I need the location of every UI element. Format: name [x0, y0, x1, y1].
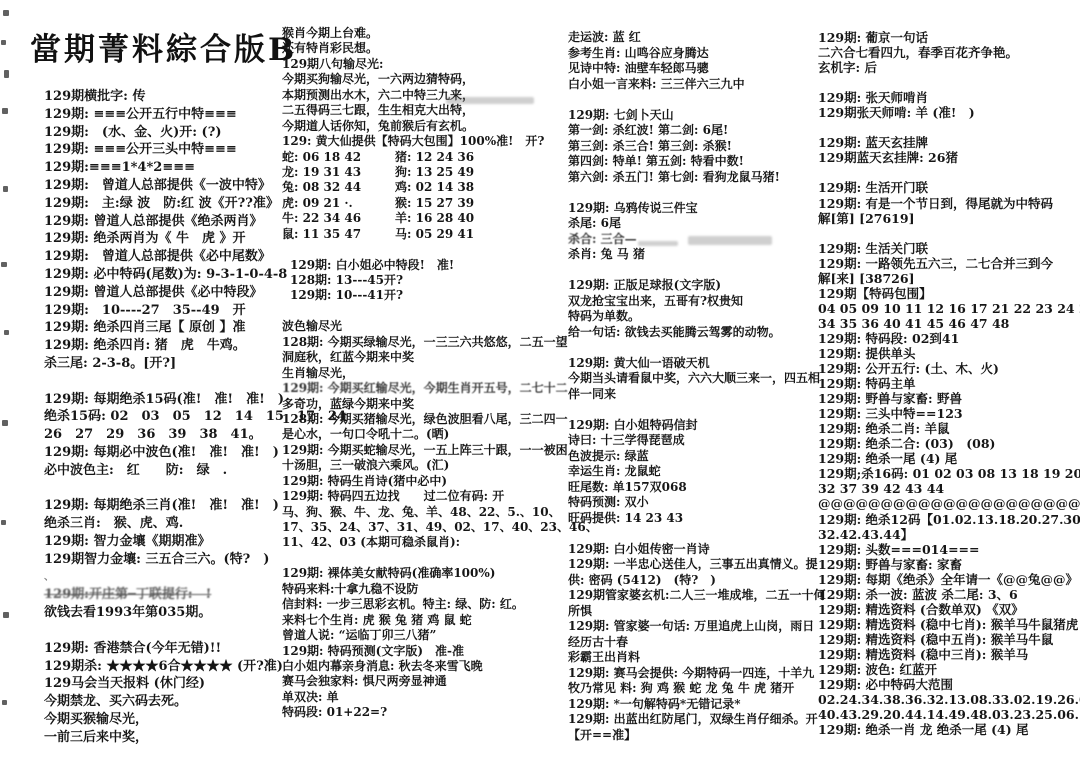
- text-line: 是心水，一句口令吼十二。(晒): [282, 427, 534, 442]
- text-line: 今期禁龙、买六码去死。: [44, 693, 284, 711]
- text-line: 128期: 13---45开?: [282, 273, 534, 288]
- text-line: 129期【特码包围】: [818, 286, 1076, 301]
- text-line: 129期: 主:绿 波 防:红 波《开??准》: [44, 195, 284, 213]
- text-line: 蛇: 06 18 42猪: 12 24 36: [282, 150, 534, 165]
- text-line: 129期: 白小姐特码信封: [568, 418, 814, 434]
- line-gap: [282, 242, 534, 257]
- zodiac-numbers-left: 龙: 19 31 43: [282, 165, 395, 180]
- zodiac-numbers-right: 羊: 16 28 40: [395, 211, 474, 225]
- text-line: 129期: *一句解特码*无错记录*: [568, 697, 814, 713]
- text-line: 波色输尽光: [282, 319, 534, 334]
- text-line: 129期: 10---41开?: [282, 288, 534, 303]
- text-line: 玄机字: 后: [818, 60, 1076, 75]
- text-line: 04 05 09 10 11 12 16 17 21 22 23 24 28 2…: [818, 301, 1076, 316]
- text-line: 129期: 正版足球报(文字版): [568, 278, 814, 294]
- text-line: 129期: 公开五行: (土、木、火): [818, 361, 1076, 376]
- text-line: 彩霸王出肖料: [568, 650, 814, 666]
- ink-smudge: [638, 241, 678, 246]
- scan-speck: [1, 520, 6, 525]
- text-line: 129期: 提供单头: [818, 346, 1076, 361]
- zodiac-numbers-right: 狗: 13 25 49: [395, 165, 474, 179]
- scan-speck: [3, 10, 9, 16]
- text-line: 129期: 绝杀二合: (03) (08): [818, 436, 1076, 451]
- scan-speck: [4, 330, 9, 335]
- text-line: 129期: 每期绝杀15码(准! 准! 准! ): [44, 391, 284, 409]
- text-line: 34 35 36 40 41 45 46 47 48: [818, 316, 1076, 331]
- zodiac-numbers-right: 马: 05 29 41: [395, 227, 474, 241]
- text-line: 旺码提供: 14 23 43: [568, 511, 814, 527]
- text-line: 杀肖: 兔 马 猪: [568, 247, 814, 263]
- line-gap: [568, 526, 814, 542]
- text-line: 129期: 一半忠心送佳人，三事五出真情义。提: [568, 557, 814, 573]
- text-line: 129期: 绝杀12码【01.02.13.18.20.27.30.31: [818, 512, 1076, 527]
- text-line: 牧乃常见 料: 狗 鸡 猴 蛇 龙 兔 牛 虎 猪开: [568, 681, 814, 697]
- page-title: 當期菁料綜合版B: [30, 24, 297, 69]
- text-line: 129期管家婆玄机:二人三一堆成堆，二五一十何: [568, 588, 814, 604]
- text-line: 129期: 特码预测(文字版) 准-准: [282, 644, 534, 659]
- text-line: 来料七个生肖: 虎 猴 兔 猪 鸡 鼠 蛇: [282, 613, 534, 628]
- text-line: 129期: 绝杀四肖: 猪 虎 牛鸡。: [44, 337, 284, 355]
- text-line: 129期: 出蓝出红防尾门，双绿生肖仔细杀。开: [568, 712, 814, 728]
- text-line: 129期: ≡≡≡公开三头中特≡≡≡: [44, 141, 284, 159]
- text-line: 128期: 今期买绿输尽光，一三三六共悠悠，二五一望: [282, 335, 534, 350]
- text-line: 特码来料:十拿九稳不设防: [282, 582, 534, 597]
- text-line: 伴一同来: [568, 387, 814, 403]
- text-line: 解[来] [38726]: [818, 271, 1076, 286]
- text-line: 129期: 三头中特==123: [818, 406, 1076, 421]
- text-line: 第三剑: 杀三合! 第三剑: 杀猴!: [568, 139, 814, 155]
- text-line: @@@@@@@@@@@@@@@@@@@@@: [818, 496, 1076, 511]
- text-line: 129期: 赛马会提供: 今期特码一四连，十羊九: [568, 666, 814, 682]
- scan-speck: [2, 108, 8, 114]
- text-line: 129期: 每期绝杀三肖(准! 准! 准! ): [44, 497, 284, 515]
- text-line: 129期: 管家婆一句话: 万里追虎上山岗，雨日: [568, 619, 814, 635]
- text-line: 走运波: 蓝 红: [568, 30, 814, 46]
- text-line: 曾道人说: “运临丁卯三八猪”: [282, 628, 534, 643]
- text-line: 129期: 精选资料 (稳中五肖): 猴羊马牛鼠: [818, 632, 1076, 647]
- text-line: 129期杀: ★★★★6合★★★★ (开?准): [44, 658, 284, 676]
- text-line: 129期: 曾道人总部提供《必中特段》: [44, 284, 284, 302]
- text-line: 129期: 白小姐传密一肖诗: [568, 542, 814, 558]
- text-line: 单双决: 单: [282, 690, 534, 705]
- text-line: 今期道人话你知，兔前猴后有玄机。: [282, 119, 534, 134]
- text-line: 129期: 每期必中波色(准! 准! 准! ): [44, 444, 284, 462]
- text-line: 生肖输尽光，: [282, 366, 534, 381]
- zodiac-numbers-left: 鼠: 11 35 47: [282, 227, 395, 242]
- text-line: 129期八句输尽光:: [282, 57, 534, 72]
- line-gap: [818, 165, 1076, 180]
- scan-speck: [3, 186, 8, 192]
- ink-smudge: [688, 236, 772, 245]
- text-line: 129期: 波色: 红蓝开: [818, 662, 1076, 677]
- text-line: 特码为单数。: [568, 309, 814, 325]
- text-line: 色波提示: 绿蓝: [568, 449, 814, 465]
- text-line: 129期: 一路领先五六三，二七合并三到今: [818, 256, 1076, 271]
- text-line: 欲钱去看1993年第035期。: [44, 604, 284, 622]
- text-line: 40.43.29.20.44.14.49.48.03.23.25.06.10: [818, 707, 1076, 722]
- text-line: 129期蓝天玄挂牌: 26猪: [818, 150, 1076, 165]
- text-line: 129期: 绝杀二肖: 羊鼠: [818, 421, 1076, 436]
- text-line: 02.24.34.38.36.32.13.08.33.02.19.26.01.: [818, 692, 1076, 707]
- line-gap: [44, 480, 284, 498]
- text-line: 特码预测: 双小: [568, 495, 814, 511]
- text-line: 杀三尾: 2-3-8。[开?]: [44, 355, 284, 373]
- text-line: 虎: 09 21 ·.猴: 15 27 39: [282, 196, 534, 211]
- text-line: 绝杀15码: 02 03 05 12 14 15 17 24: [44, 408, 284, 426]
- line-gap: [818, 226, 1076, 241]
- text-line: 129期: 绝杀一尾 (4) 尾: [818, 451, 1076, 466]
- text-line: 经历古十春: [568, 635, 814, 651]
- ink-smudge: [446, 97, 534, 104]
- text-line: 129期: 今期买红输尽光，今期生肖开五号，二七十二: [282, 381, 534, 396]
- text-line: 17、35、24、37、31、49、02、17、40、23、46、: [282, 520, 534, 535]
- scan-speck: [1, 40, 6, 45]
- scan-speck: [2, 420, 8, 426]
- text-line: 洞庭秋，红蓝今期来中奖: [282, 350, 534, 365]
- column-3: 走运波: 蓝 红参考生肖: 山鸣谷应身腾达见诗中特: 油壁车轻郎马骢白小姐一言来…: [568, 30, 814, 743]
- text-line: 32.42.43.44】: [818, 527, 1076, 542]
- text-line: 129期: 特码主单: [818, 376, 1076, 391]
- line-gap: [568, 402, 814, 418]
- text-line: 多奇功，蓝绿今期来中奖: [282, 397, 534, 412]
- text-line: 129期: 曾道人总部提供《绝杀两肖》: [44, 213, 284, 231]
- text-line: 第四剑: 特单! 第五剑: 特看中数!: [568, 154, 814, 170]
- column-2: 猴肖今期上台难。还有特肖彩民想。129期八句输尽光:今期买狗输尽光，一六两边猜特…: [282, 26, 534, 721]
- text-line: 128期: 今期买猪输尽光，绿色波胆看八尾，三二四一: [282, 412, 534, 427]
- text-line: 129期: 白小姐必中特段! 准!: [282, 258, 534, 273]
- text-line: 杀尾: 6尾: [568, 216, 814, 232]
- text-line: 129期: 精选资料 (合数单双) 《双》: [818, 602, 1076, 617]
- text-line: 特码段: 01+22=?: [282, 705, 534, 720]
- text-line: 所惧: [568, 604, 814, 620]
- text-line: 今期当头请看鼠中奖，六六大顺三来一，四五相: [568, 371, 814, 387]
- text-line: 129期: 精选资料 (稳中七肖): 猴羊马牛鼠猪虎: [818, 617, 1076, 632]
- column-4: 129期: 葡京一句话二六合七看四九，春季百花齐争艳。玄机字: 后 129期: …: [818, 30, 1076, 737]
- text-line: 129期: 有是一个节日到，得尾就为中特码: [818, 196, 1076, 211]
- text-line: 129期: 绝杀两肖为《 牛 虎 》开: [44, 230, 284, 248]
- text-line: 必中波色主: 红 防: 绿 .: [44, 462, 284, 480]
- line-gap: [568, 92, 814, 108]
- line-gap: [282, 551, 534, 566]
- line-gap: [282, 304, 534, 319]
- text-line: 129期: 智力金壤《期期准》: [44, 533, 284, 551]
- text-line: 129期: 野兽与家畜: 家畜: [818, 557, 1076, 572]
- text-line: 马、狗、猴、牛、龙、兔、羊、48、22、5.、10、: [282, 505, 534, 520]
- text-line: 129期: 头数===014===: [818, 542, 1076, 557]
- text-line: 129期;杀16码: 01 02 03 08 13 18 19 20 27 30…: [818, 466, 1076, 481]
- tip-sheet-page: 當期菁料綜合版B 129期横批字: 传129期: ≡≡≡公开五行中特≡≡≡129…: [0, 0, 1080, 764]
- text-line: 【开==准】: [568, 728, 814, 744]
- zodiac-numbers-right: 猪: 12 24 36: [395, 150, 474, 164]
- text-line: 龙: 19 31 43狗: 13 25 49: [282, 165, 534, 180]
- scan-speck: [3, 612, 9, 618]
- text-line: 129期: 杀一波: 蓝波 杀二尾: 3、6: [818, 587, 1076, 602]
- text-line: 129期: 七剑卜天山: [568, 108, 814, 124]
- text-line: 129期横批字: 传: [44, 88, 284, 106]
- text-line: 129期: 特码段: 02到41: [818, 331, 1076, 346]
- text-line: 129期: 曾道人总部提供《必中尾数》: [44, 248, 284, 266]
- scan-speck: [4, 70, 9, 78]
- text-line: 参考生肖: 山鸣谷应身腾达: [568, 46, 814, 62]
- text-line: 诗曰: 十三学得琵琶成: [568, 433, 814, 449]
- text-line: 129期:开庄第─丁联提行: !: [44, 586, 285, 604]
- text-line: 129期: 精选资料 (稳中三肖): 猴羊马: [818, 647, 1076, 662]
- line-gap: [818, 75, 1076, 90]
- line-gap: [568, 263, 814, 279]
- scan-speck: [2, 700, 7, 705]
- zodiac-numbers-right: 猴: 15 27 39: [395, 196, 474, 210]
- text-line: 第六剑: 杀五门! 第七剑: 看狗龙鼠马猪!: [568, 170, 814, 186]
- zodiac-numbers-right: 鸡: 02 14 38: [395, 180, 474, 194]
- text-line: 129: 黄大仙提供【特码大包围】100%准! 开?: [282, 134, 534, 149]
- text-line: 129期: (水、金、火)开: (?): [44, 124, 284, 142]
- text-line: 白小姐内幕亲身消息: 秋去冬来雪飞晚: [282, 659, 534, 674]
- text-line: 129马会当天报料 (休门经): [44, 675, 284, 693]
- text-line: 鼠: 11 35 47马: 05 29 41: [282, 227, 534, 242]
- text-line: 129期: 特码生肖诗(猪中必中): [282, 474, 534, 489]
- text-line: 129期张天师啃: 羊 (准! ): [818, 105, 1076, 120]
- line-gap: [44, 622, 284, 640]
- text-line: 129期: 今期买蛇输尽光，一五上阵三十跟，一一被困: [282, 443, 534, 458]
- text-line: 129期:≡≡≡1*4*2≡≡≡: [44, 159, 284, 177]
- text-line: 129期: 必中特码大范围: [818, 677, 1076, 692]
- text-line: 今期买猴输尽光，: [44, 711, 284, 729]
- text-line: 11、42、03 (本期可稳杀鼠肖):: [282, 535, 534, 550]
- text-line: 129期: 绝杀四肖三尾【 原创 】准: [44, 319, 284, 337]
- text-line: 见诗中特: 油壁车轻郎马骢: [568, 61, 814, 77]
- text-line: 26 27 29 36 39 38 41。: [44, 426, 284, 444]
- text-line: 32 37 39 42 43 44: [818, 481, 1076, 496]
- line-gap: [818, 120, 1076, 135]
- text-line: 第一剑: 杀红波! 第二剑: 6尾!: [568, 123, 814, 139]
- zodiac-numbers-left: 蛇: 06 18 42: [282, 150, 395, 165]
- text-line: 双龙抢宝宝出来，五哥有?权贵知: [568, 294, 814, 310]
- text-line: 二六合七看四九，春季百花齐争艳。: [818, 45, 1076, 60]
- text-line: 牛: 22 34 46羊: 16 28 40: [282, 211, 534, 226]
- text-line: 二五得码三七跟，生生相克大出特，: [282, 103, 534, 118]
- line-gap: [568, 340, 814, 356]
- text-line: 129期: 每期《绝杀》全年请一《@@兔@@》: [818, 572, 1076, 587]
- text-line: 白小姐一言来料: 三三伴六三九中: [568, 77, 814, 93]
- text-line: 129期: 野兽与家畜: 野兽: [818, 391, 1076, 406]
- text-line: 幸运生肖: 龙鼠蛇: [568, 464, 814, 480]
- text-line: 129期: 曾道人总部提供《一波中特》: [44, 177, 284, 195]
- text-line: 129期: 蓝天玄挂牌: [818, 135, 1076, 150]
- text-line: 129期: 黄大仙一语破天机: [568, 356, 814, 372]
- text-line: 供: 密码 (5412) (特? ): [568, 573, 814, 589]
- text-line: 、: [44, 569, 284, 587]
- text-line: 129期: 10----27 35--49 开: [44, 302, 284, 320]
- text-line: 兔: 08 32 44鸡: 02 14 38: [282, 180, 534, 195]
- text-line: 129期: 生活关门联: [818, 241, 1076, 256]
- line-gap: [568, 185, 814, 201]
- text-line: 129期: 绝杀一肖 龙 绝杀一尾 (4) 尾: [818, 722, 1076, 737]
- zodiac-numbers-left: 虎: 09 21 ·.: [282, 196, 395, 211]
- zodiac-numbers-left: 牛: 22 34 46: [282, 211, 395, 226]
- text-line: 绝杀三肖: 猴、虎、鸡.: [44, 515, 284, 533]
- text-line: 给一句话: 欲钱去买能腾云驾雾的动物。: [568, 325, 814, 341]
- text-line: 129期: 特码四五边找 过二位有码: 开: [282, 489, 534, 504]
- text-line: 129期: 生活开门联: [818, 180, 1076, 195]
- text-line: 129期: 葡京一句话: [818, 30, 1076, 45]
- text-line: 129期: 张天师啃肖: [818, 90, 1076, 105]
- text-line: 解[第] [27619]: [818, 211, 1076, 226]
- text-line: 129期: 香港禁合(今年无错)!!: [44, 640, 284, 658]
- scan-speck: [1, 262, 7, 267]
- text-line: 信封料: 一步三思彩玄机。特主: 绿、防: 红。: [282, 597, 534, 612]
- zodiac-numbers-left: 兔: 08 32 44: [282, 180, 395, 195]
- column-1: 129期横批字: 传129期: ≡≡≡公开五行中特≡≡≡129期: (水、金、火…: [44, 88, 284, 746]
- text-line: 一前三后来中奖，: [44, 729, 284, 747]
- line-gap: [44, 373, 284, 391]
- text-line: 129期智力金壤: 三五合三六。(特? ): [44, 551, 284, 569]
- text-line: 129期: 必中特码(尾数)为: 9-3-1-0-4-8: [44, 266, 284, 284]
- text-line: 129期: 裸体美女献特码(准确率100%): [282, 566, 534, 581]
- text-line: 旺尾数: 单157双068: [568, 480, 814, 496]
- text-line: 129期: ≡≡≡公开五行中特≡≡≡: [44, 106, 284, 124]
- text-line: 十汤胆，三一破浪六乘风。(汇): [282, 458, 534, 473]
- text-line: 还有特肖彩民想。: [282, 41, 534, 56]
- text-line: 赛马会独家料: 惧尺两旁显神通: [282, 674, 534, 689]
- text-line: 今期买狗输尽光，一六两边猜特码，: [282, 72, 534, 87]
- text-line: 129期: 乌鸦传说三件宝: [568, 201, 814, 217]
- text-line: 猴肖今期上台难。: [282, 26, 534, 41]
